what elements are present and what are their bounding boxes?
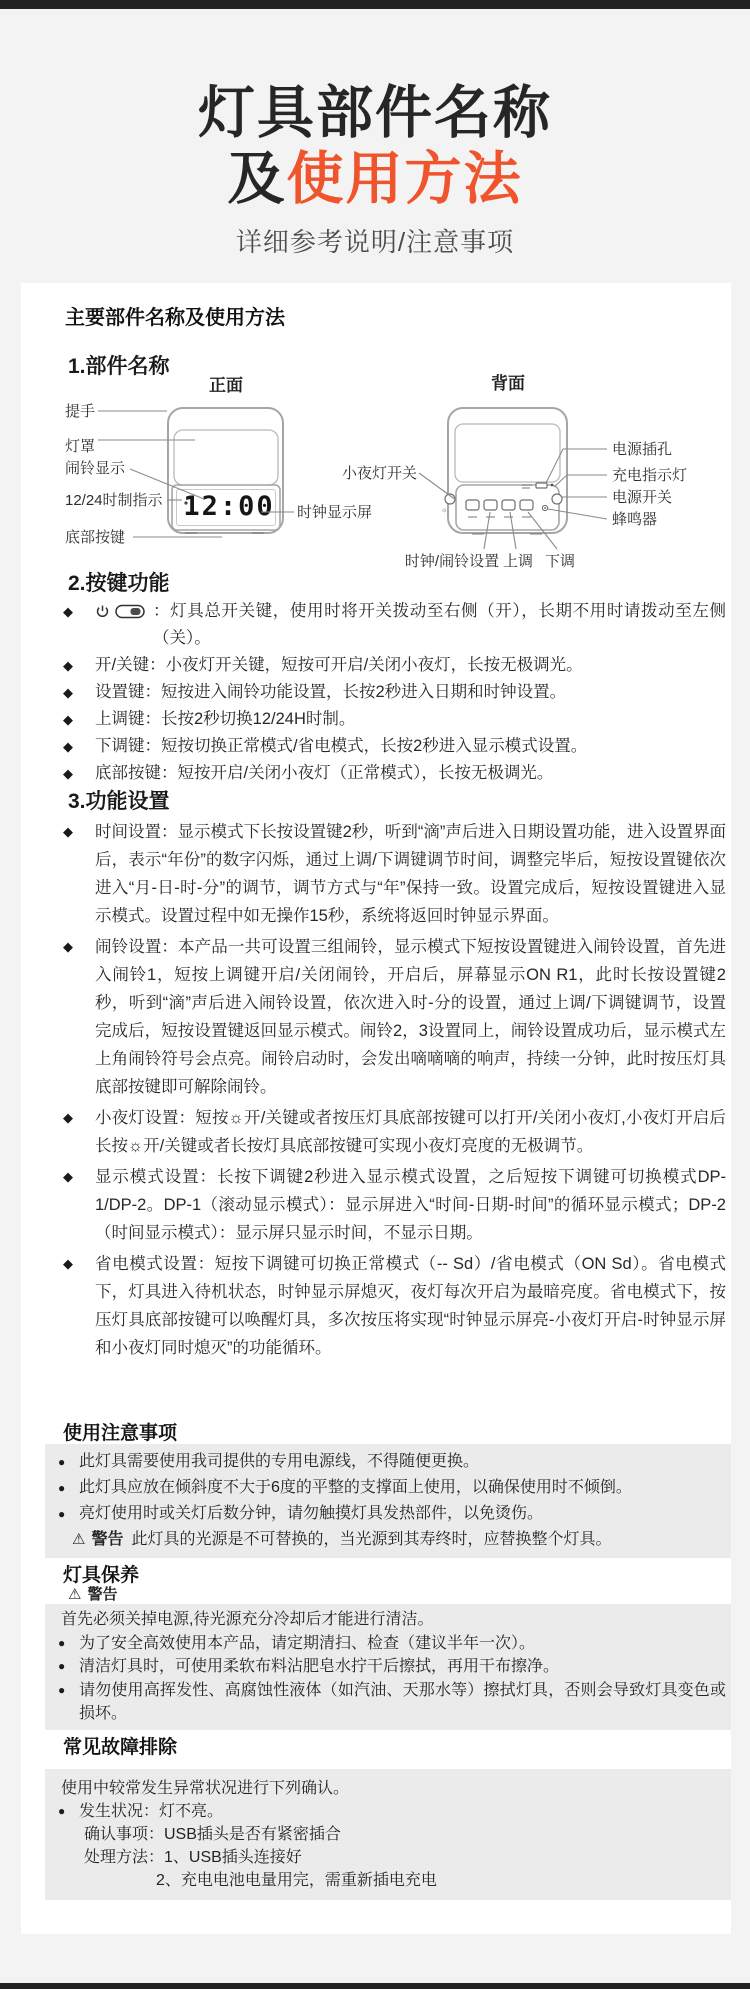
product-manual-page: 灯具部件名称 及使用方法 详细参考说明/注意事项 主要部件名称及使用方法 1.部…: [0, 0, 750, 1989]
maintenance-item: ● 为了安全高效使用本产品，请定期清扫、检查（建议半年一次）。: [45, 1632, 726, 1656]
warning-label: 警告: [91, 1527, 123, 1553]
maintenance-item: ● 清洁灯具时，可使用柔软布料沾肥皂水拧干后擦拭，再用干布擦净。: [45, 1655, 726, 1679]
notice-item: ● 此灯具需要使用我司提供的专用电源线，不得随便更换。: [45, 1449, 726, 1475]
maintenance-text: 清洁灯具时，可使用柔软布料沾肥皂水拧干后擦拭，再用干布擦净。: [79, 1655, 726, 1679]
list-item: ◆ 时间设置：显示模式下长按设置键2秒，听到“滴”声后进入日期设置功能，进入设置…: [63, 818, 726, 930]
bullet-text: 省电模式设置：短按下调键可切换正常模式（-- Sd）/省电模式（ON Sd）。省…: [95, 1250, 726, 1362]
device-diagram: 12:00 正面 提手 灯罩 闹铃显示 12/24时制指示 底部按键 时钟显示屏: [21, 373, 731, 573]
dot-bullet: ●: [58, 1501, 79, 1527]
title-prefix: 及: [228, 147, 287, 211]
slide-switch-icon: [115, 604, 145, 619]
maintenance-box: 首先必须关掉电源,待光源充分冷却后才能进行清洁。 ● 为了安全高效使用本产品，请…: [45, 1604, 731, 1730]
bullet-text: 显示模式设置：长按下调键2秒进入显示模式设置，之后短按下调键可切换模式DP-1/…: [95, 1163, 726, 1247]
power-switch-knob: [552, 494, 562, 504]
label-down-key: 下调: [545, 553, 575, 570]
up-button: [502, 500, 515, 510]
label-up-key: 上调: [503, 553, 533, 570]
list-item: ◆ 底部按键：短按开启/关闭小夜灯（正常模式），长按无极调光。: [63, 760, 726, 787]
warning-label: 警告: [87, 1583, 117, 1604]
sun-icon: ☼: [441, 507, 447, 514]
label-clock-alarm-set: 时钟/闹铃设置: [405, 553, 499, 570]
diamond-bullet: ◆: [63, 652, 95, 679]
dot-bullet: ●: [58, 1632, 79, 1656]
function-settings-list: ◆ 时间设置：显示模式下长按设置键2秒，听到“滴”声后进入日期设置功能，进入设置…: [63, 818, 726, 1362]
down-button: [520, 500, 533, 510]
bullet-text: 闹铃设置：本产品一共可设置三组闹铃，显示模式下短按设置键进入闹铃设置，首先进入闹…: [95, 933, 726, 1101]
label-bottom-key: 底部按键: [65, 528, 125, 546]
notice-item: ● 此灯具应放在倾斜度不大于6度的平整的支撑面上使用，以确保使用时不倾倒。: [45, 1475, 726, 1501]
label-power-jack: 电源插孔: [612, 440, 672, 458]
usage-notice-box: ● 此灯具需要使用我司提供的专用电源线，不得随便更换。 ● 此灯具应放在倾斜度不…: [45, 1444, 731, 1558]
set-button: [484, 500, 497, 510]
dot-bullet: ●: [58, 1449, 79, 1475]
troubleshooting-box: 使用中较常发生异常状况进行下列确认。 ● 发生状况：灯不亮。 确认事项：USB插…: [45, 1769, 731, 1900]
bullet-text: 上调键：长按2秒切换12/24H时制。: [95, 706, 726, 733]
bottom-divider-bar: [0, 1983, 750, 1989]
troubleshooting-method-2: 2、充电电池电量用完，需重新插电充电: [156, 1869, 726, 1892]
page-subtitle: 详细参考说明/注意事项: [0, 222, 750, 259]
bullet-text: 小夜灯设置：短按☼开/关键或者按压灯具底部按键可以打开/关闭小夜灯,小夜灯开启后…: [95, 1104, 726, 1160]
diamond-bullet: ◆: [63, 1163, 95, 1191]
notice-warning-line: ⚠ 警告 此灯具的光源是不可替换的，当光源到其寿终时，应替换整个灯具。: [72, 1527, 726, 1553]
diamond-bullet: ◆: [63, 598, 95, 625]
usage-notice-heading: 使用注意事项: [63, 1422, 177, 1445]
diamond-bullet: ◆: [63, 760, 95, 787]
troubleshooting-issue: ● 发生状况：灯不亮。: [45, 1800, 726, 1823]
bullet-text: 底部按键：短按开启/关闭小夜灯（正常模式），长按无极调光。: [95, 760, 726, 787]
maintenance-text: 请勿使用高挥发性、高腐蚀性液体（如汽油、天那水等）擦拭灯具，否则会导致灯具变色或…: [79, 1679, 726, 1726]
warning-icon: ⚠: [68, 1585, 81, 1603]
issue-text: 发生状况：灯不亮。: [79, 1800, 726, 1823]
list-item: ◆ 下调键：短按切换正常模式/省电模式，长按2秒进入显示模式设置。: [63, 733, 726, 760]
power-jack-leader-line: [546, 449, 607, 483]
list-item: ◆ 省电模式设置：短按下调键可切换正常模式（-- Sd）/省电模式（ON Sd）…: [63, 1250, 726, 1362]
label-night-light-switch: 小夜灯开关: [342, 465, 417, 482]
notice-item: ● 亮灯使用时或关灯后数分钟，请勿触摸灯具发热部件，以免烫伤。: [45, 1501, 726, 1527]
label-handle: 提手: [65, 402, 95, 420]
page-title-line1: 灯具部件名称: [0, 80, 750, 146]
diamond-bullet: ◆: [63, 818, 95, 846]
maintenance-text: 为了安全高效使用本产品，请定期清扫、检查（建议半年一次）。: [79, 1632, 726, 1656]
power-icon: [95, 604, 110, 620]
list-item: ◆ 设置键：短按进入闹铃功能设置，长按2秒进入日期和时钟设置。: [63, 679, 726, 706]
maintenance-item: ● 请勿使用高挥发性、高腐蚀性液体（如汽油、天那水等）擦拭灯具，否则会导致灯具变…: [45, 1679, 726, 1726]
troubleshooting-heading: 常见故障排除: [63, 1736, 177, 1759]
list-item: ◆ 小夜灯设置：短按☼开/关键或者按压灯具底部按键可以打开/关闭小夜灯,小夜灯开…: [63, 1104, 726, 1160]
micro-print-marks: [522, 485, 532, 488]
notice-text: 亮灯使用时或关灯后数分钟，请勿触摸灯具发热部件，以免烫伤。: [79, 1501, 726, 1527]
maintenance-warning-line: ⚠ 警告: [68, 1583, 125, 1604]
subsection-function-settings-heading: 3.功能设置: [68, 789, 170, 815]
troubleshooting-method-1: 处理方法：1、USB插头连接好: [84, 1846, 726, 1869]
bullet-text: 开/关键：小夜灯开关键，短按可开启/关闭小夜灯，长按无极调光。: [95, 652, 726, 679]
buzzer-leader-line: [548, 509, 607, 519]
label-shade: 灯罩: [65, 438, 95, 455]
bullet-text: 下调键：短按切换正常模式/省电模式，长按2秒进入显示模式设置。: [95, 733, 726, 760]
buzzer-mark-dot: [544, 507, 546, 509]
troubleshooting-check: 确认事项：USB插头是否有紧密插合: [84, 1823, 726, 1846]
bullet-icons: [95, 598, 153, 625]
list-item: ◆ 显示模式设置：长按下调键2秒进入显示模式设置，之后短按下调键可切换模式DP-…: [63, 1163, 726, 1247]
warning-icon: ⚠: [72, 1527, 85, 1553]
back-device-drawing: ☼: [441, 408, 567, 534]
warning-text: 此灯具的光源是不可替换的，当光源到其寿终时，应替换整个灯具。: [131, 1527, 726, 1553]
front-view-title: 正面: [209, 375, 243, 395]
dot-bullet: ●: [58, 1655, 79, 1679]
title-highlight: 使用方法: [287, 147, 523, 211]
night-switch-leader-line: [419, 473, 456, 500]
charge-led-dot: [551, 484, 554, 487]
list-item: ◆ 闹铃设置：本产品一共可设置三组闹铃，显示模式下短按设置键进入闹铃设置，首先进…: [63, 933, 726, 1101]
diamond-bullet: ◆: [63, 1250, 95, 1278]
bullet-text: 时间设置：显示模式下长按设置键2秒，听到“滴”声后进入日期设置功能，进入设置界面…: [95, 818, 726, 930]
diamond-bullet: ◆: [63, 706, 95, 733]
bullet-text: 设置键：短按进入闹铃功能设置，长按2秒进入日期和时钟设置。: [95, 679, 726, 706]
label-alarm-display: 闹铃显示: [65, 460, 126, 477]
label-charge-led: 充电指示灯: [612, 466, 687, 484]
charge-led-leader-line: [554, 475, 607, 487]
bullet-text: ：灯具总开关键，使用时将开关拨动至右侧（开），长期不用时请拨动至左侧（关）。: [153, 598, 726, 652]
maintenance-intro: 首先必须关掉电源,待光源充分冷却后才能进行清洁。: [61, 1608, 726, 1632]
notice-text: 此灯具应放在倾斜度不大于6度的平整的支撑面上使用，以确保使用时不倾倒。: [79, 1475, 726, 1501]
diamond-bullet: ◆: [63, 1104, 95, 1132]
back-view-title: 背面: [491, 373, 525, 393]
notice-text: 此灯具需要使用我司提供的专用电源线，不得随便更换。: [79, 1449, 726, 1475]
label-clock-screen: 时钟显示屏: [297, 504, 372, 521]
subsection-button-functions-heading: 2.按键功能: [68, 571, 170, 597]
list-item: ◆ ：灯具总开关键，使用时将开关拨动至右侧（开），长期不用时请拨动至左侧（关）。: [63, 598, 726, 652]
diamond-bullet: ◆: [63, 679, 95, 706]
button-functions-list: ◆ ：灯具总开关键，使用时将开关拨动至右侧（开），长期不用时请拨动至左侧（关）。…: [63, 598, 726, 787]
list-item: ◆ 开/关键：小夜灯开关键，短按可开启/关闭小夜灯，长按无极调光。: [63, 652, 726, 679]
dot-bullet: ●: [58, 1475, 79, 1501]
list-item: ◆ 上调键：长按2秒切换12/24H时制。: [63, 706, 726, 733]
label-buzzer: 蜂鸣器: [612, 511, 657, 528]
page-title-line2: 及使用方法: [0, 146, 750, 212]
top-divider-bar: [0, 0, 750, 9]
content-card: 主要部件名称及使用方法 1.部件名称 12:00 正面 提手 灯罩: [21, 283, 731, 1934]
label-hour-mode: 12/24时制指示: [65, 492, 164, 509]
dot-bullet: ●: [58, 1679, 79, 1726]
power-jack-socket: [536, 483, 547, 488]
label-power-switch: 电源开关: [612, 488, 672, 506]
section-parts-heading: 主要部件名称及使用方法: [65, 306, 285, 330]
onoff-button: [466, 500, 479, 510]
dot-bullet: ●: [58, 1800, 79, 1823]
front-device-drawing: 12:00: [168, 408, 283, 533]
diamond-bullet: ◆: [63, 933, 95, 961]
troubleshooting-intro: 使用中较常发生异常状况进行下列确认。: [61, 1777, 726, 1800]
diamond-bullet: ◆: [63, 733, 95, 760]
